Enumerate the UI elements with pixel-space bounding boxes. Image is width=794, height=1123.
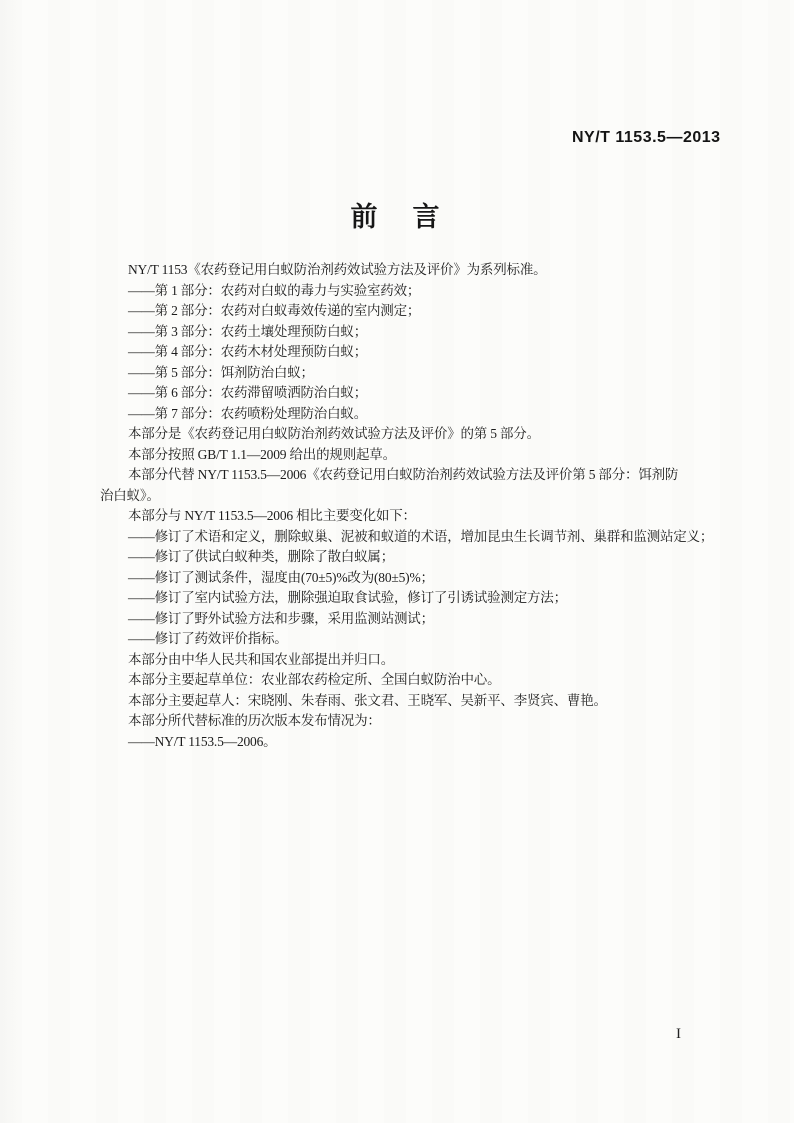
text-line: 本部分所代替标准的历次版本发布情况为： [100, 711, 700, 732]
text-line: 本部分代替 NY/T 1153.5—2006《农药登记用白蚁防治剂药效试验方法及… [100, 465, 700, 486]
text-line: ——修订了药效评价指标。 [100, 629, 700, 650]
text-line: ——NY/T 1153.5—2006。 [100, 732, 700, 753]
text-line: 本部分由中华人民共和国农业部提出并归口。 [100, 650, 700, 671]
page-title: 前 言 [0, 195, 794, 234]
text-line: 本部分主要起草单位：农业部农药检定所、全国白蚁防治中心。 [100, 670, 700, 691]
text-line: ——修订了供试白蚁种类，删除了散白蚁属； [100, 547, 700, 568]
document-page: NY/T 1153.5—2013 前 言 NY/T 1153《农药登记用白蚁防治… [0, 0, 794, 1123]
text-line: ——第 2 部分：农药对白蚁毒效传递的室内测定； [100, 301, 700, 322]
text-line: ——修订了室内试验方法，删除强迫取食试验，修订了引诱试验测定方法； [100, 588, 700, 609]
text-line: 本部分与 NY/T 1153.5—2006 相比主要变化如下： [100, 506, 700, 527]
text-line: ——第 5 部分：饵剂防治白蚁； [100, 363, 700, 384]
text-line: ——修订了术语和定义，删除蚁巢、泥被和蚁道的术语，增加昆虫生长调节剂、巢群和监测… [100, 527, 700, 548]
text-line: 本部分主要起草人：宋晓刚、朱春雨、张文君、王晓军、吴新平、李贤宾、曹艳。 [100, 691, 700, 712]
page-number: I [676, 1026, 681, 1043]
text-line: ——第 7 部分：农药喷粉处理防治白蚁。 [100, 404, 700, 425]
text-line: ——修订了野外试验方法和步骤，采用监测站测试； [100, 609, 700, 630]
text-line: ——修订了测试条件，湿度由(70±5)%改为(80±5)%； [100, 568, 700, 589]
text-line: 本部分按照 GB/T 1.1—2009 给出的规则起草。 [100, 445, 700, 466]
text-line: ——第 3 部分：农药土壤处理预防白蚁； [100, 322, 700, 343]
text-line: 治白蚁》。 [100, 486, 700, 507]
text-line: ——第 4 部分：农药木材处理预防白蚁； [100, 342, 700, 363]
standard-number: NY/T 1153.5—2013 [572, 129, 721, 147]
text-line: 本部分是《农药登记用白蚁防治剂药效试验方法及评价》的第 5 部分。 [100, 424, 700, 445]
text-line: NY/T 1153《农药登记用白蚁防治剂药效试验方法及评价》为系列标准。 [100, 260, 700, 281]
text-line: ——第 6 部分：农药滞留喷洒防治白蚁； [100, 383, 700, 404]
body-text: NY/T 1153《农药登记用白蚁防治剂药效试验方法及评价》为系列标准。——第 … [100, 260, 700, 752]
text-line: ——第 1 部分：农药对白蚁的毒力与实验室药效； [100, 281, 700, 302]
